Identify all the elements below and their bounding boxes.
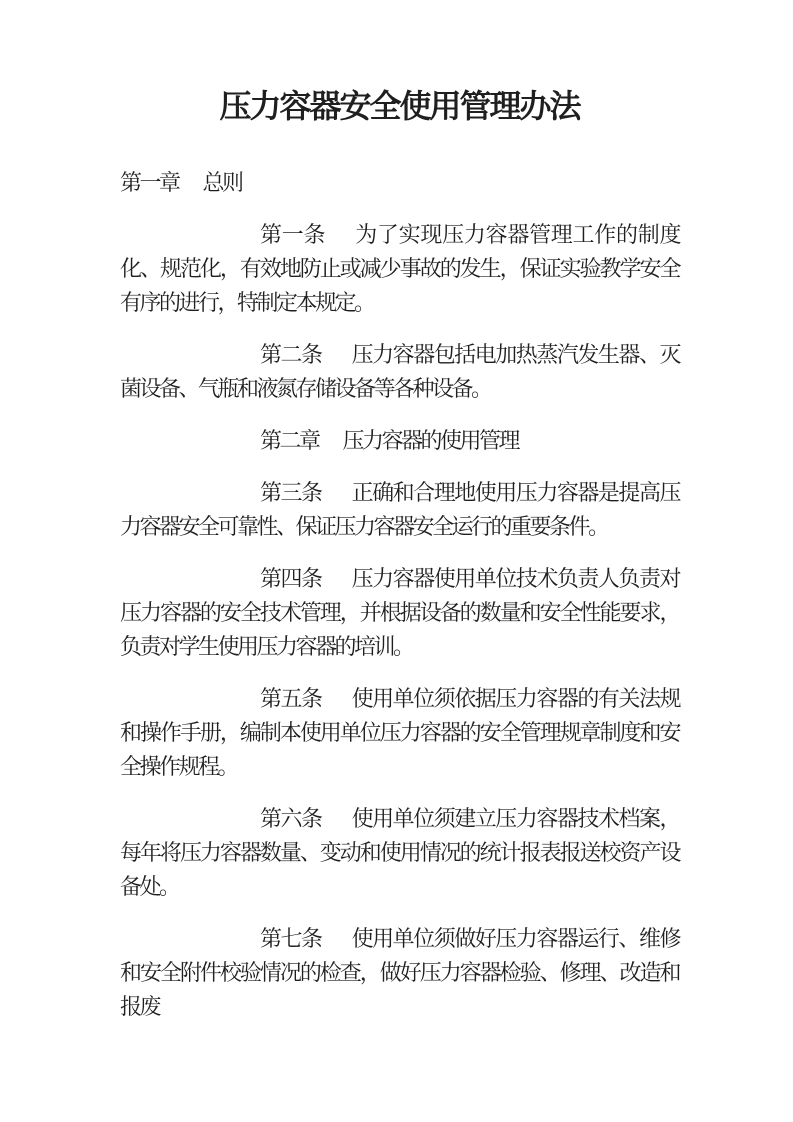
article-text: 使用单位须做好压力容器运行、维修和安全附件校验情况的检查，做好压力容器检验、修理… xyxy=(120,926,679,1019)
article-paragraph-4: 第四条压力容器使用单位技术负责人负责对压力容器的安全技术管理，并根据设备的数量和… xyxy=(120,562,679,664)
article-number: 第七条 xyxy=(260,926,322,951)
article-paragraph-2: 第二条压力容器包括电加热蒸汽发生器、灭菌设备、气瓶和液氮存储设备等各种设备。 xyxy=(120,338,679,406)
article-text: 使用单位须依据压力容器的有关法规和操作手册，编制本使用单位压力容器的安全管理规章… xyxy=(120,686,679,779)
article-number: 第三条 xyxy=(260,480,322,505)
article-number: 第五条 xyxy=(260,686,322,711)
article-number: 第六条 xyxy=(260,806,322,831)
article-text: 使用单位须建立压力容器技术档案，每年将压力容器数量、变动和使用情况的统计报表报送… xyxy=(120,806,679,899)
article-text: 为了实现压力容器管理工作的制度化、规范化，有效地防止或减少事故的发生，保证实验教… xyxy=(120,222,679,315)
article-text: 压力容器包括电加热蒸汽发生器、灭菌设备、气瓶和液氮存储设备等各种设备。 xyxy=(120,342,679,401)
article-paragraph-3: 第三条正确和合理地使用压力容器是提高压力容器安全可靠性、保证压力容器安全运行的重… xyxy=(120,476,679,544)
chapter-heading-2: 第二章压力容器的使用管理 xyxy=(120,424,679,458)
chapter-title: 总则 xyxy=(203,170,242,195)
chapter-title: 压力容器的使用管理 xyxy=(343,428,519,453)
article-number: 第一条 xyxy=(260,222,325,247)
article-paragraph-1: 第一条为了实现压力容器管理工作的制度化、规范化，有效地防止或减少事故的发生，保证… xyxy=(120,218,679,320)
article-number: 第四条 xyxy=(260,566,322,591)
chapter-number: 第一章 xyxy=(120,170,179,195)
article-paragraph-5: 第五条使用单位须依据压力容器的有关法规和操作手册，编制本使用单位压力容器的安全管… xyxy=(120,682,679,784)
document-title: 压力容器安全使用管理办法 xyxy=(120,86,679,126)
article-paragraph-6: 第六条使用单位须建立压力容器技术档案，每年将压力容器数量、变动和使用情况的统计报… xyxy=(120,802,679,904)
article-number: 第二条 xyxy=(260,342,322,367)
article-paragraph-7: 第七条使用单位须做好压力容器运行、维修和安全附件校验情况的检查，做好压力容器检验… xyxy=(120,922,679,1024)
document-page: 压力容器安全使用管理办法 第一章总则 第一条为了实现压力容器管理工作的制度化、规… xyxy=(0,0,793,1122)
chapter-number: 第二章 xyxy=(260,428,319,453)
article-text: 正确和合理地使用压力容器是提高压力容器安全可靠性、保证压力容器安全运行的重要条件… xyxy=(120,480,679,539)
chapter-heading-1: 第一章总则 xyxy=(120,166,679,200)
article-text: 压力容器使用单位技术负责人负责对压力容器的安全技术管理，并根据设备的数量和安全性… xyxy=(120,566,679,659)
